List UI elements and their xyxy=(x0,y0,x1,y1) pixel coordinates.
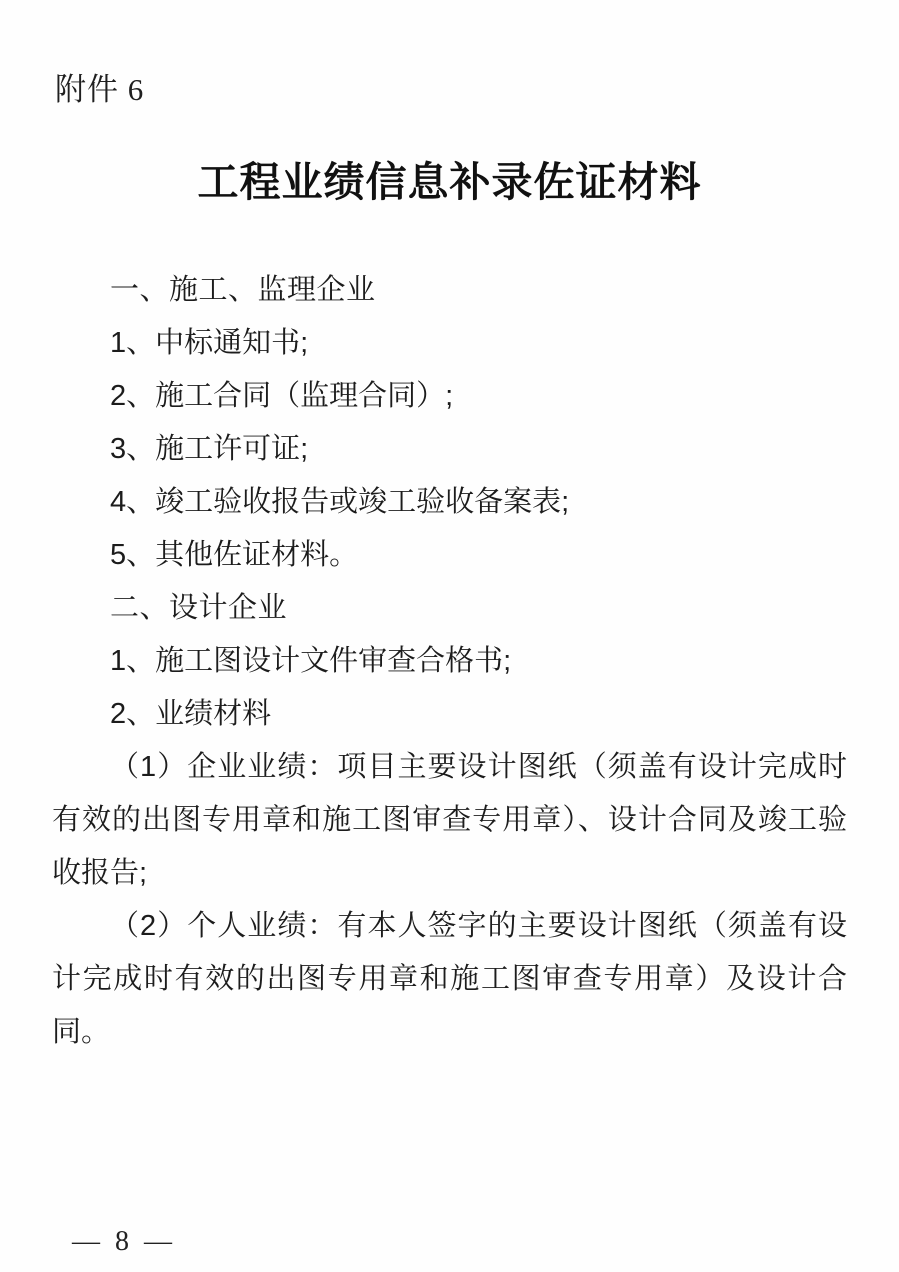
section-1-item-2: 2、施工合同（监理合同）; xyxy=(52,370,847,423)
page-number: — 8 — xyxy=(72,1226,176,1258)
section-2-paragraph-1: （1）企业业绩：项目主要设计图纸（须盖有设计完成时有效的出图专用章和施工图审查专… xyxy=(52,741,847,900)
section-1-heading: 一、施工、监理企业 xyxy=(52,264,847,317)
section-2-item-1: 1、施工图设计文件审查合格书; xyxy=(52,635,847,688)
document-body: 一、施工、监理企业 1、中标通知书; 2、施工合同（监理合同）; 3、施工许可证… xyxy=(52,264,847,1059)
section-2-item-2: 2、业绩材料 xyxy=(52,688,847,741)
section-1-item-4: 4、竣工验收报告或竣工验收备案表; xyxy=(52,476,847,529)
section-1-item-5: 5、其他佐证材料。 xyxy=(52,529,847,582)
section-2-heading: 二、设计企业 xyxy=(52,582,847,635)
attachment-label: 附件 6 xyxy=(0,0,899,110)
section-1-item-1: 1、中标通知书; xyxy=(52,317,847,370)
section-2-paragraph-2: （2）个人业绩：有本人签字的主要设计图纸（须盖有设计完成时有效的出图专用章和施工… xyxy=(52,900,847,1059)
document-title: 工程业绩信息补录佐证材料 xyxy=(40,156,859,209)
document-page: 附件 6 工程业绩信息补录佐证材料 一、施工、监理企业 1、中标通知书; 2、施… xyxy=(0,0,899,1272)
section-1-item-3: 3、施工许可证; xyxy=(52,423,847,476)
